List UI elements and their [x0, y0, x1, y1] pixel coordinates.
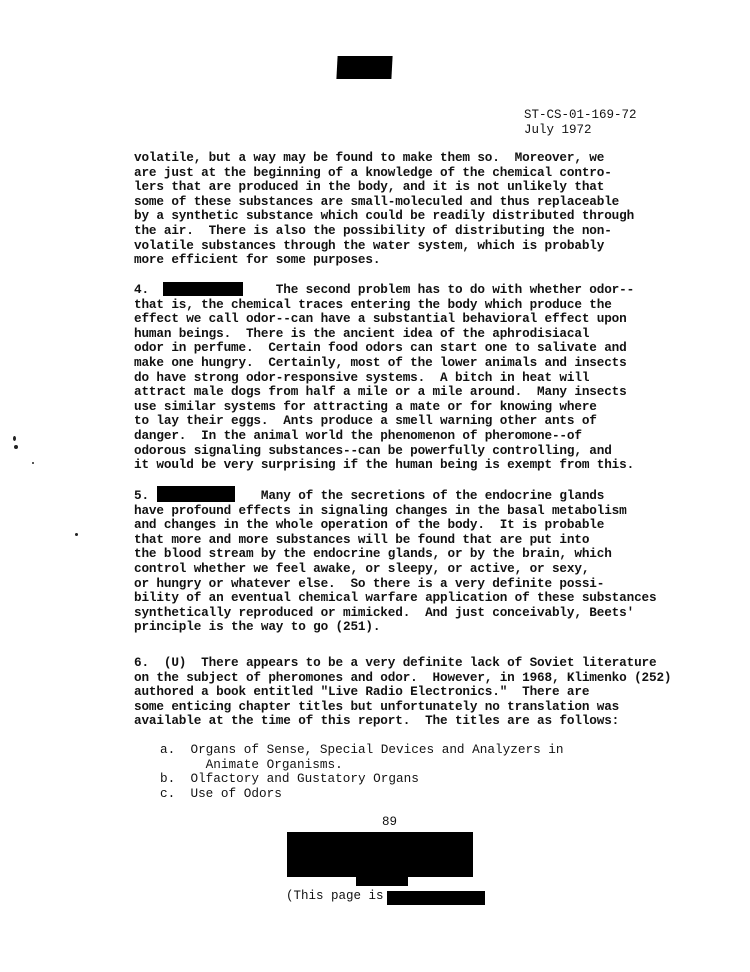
chapter-title-list: a. Organs of Sense, Special Devices and … — [160, 743, 564, 801]
text-line: synthetically reproduced or mimicked. An… — [134, 606, 656, 621]
text-line: 6. (U) There appears to be a very defini… — [134, 656, 671, 671]
paragraph-4-redaction — [163, 282, 243, 296]
text-line: do have strong odor-responsive systems. … — [134, 371, 634, 386]
scan-speck — [32, 462, 34, 464]
text-line: principle is the way to go (251). — [134, 620, 656, 635]
text-line: the air. There is also the possibility o… — [134, 224, 634, 239]
chapter-title-item: a. Organs of Sense, Special Devices and … — [160, 743, 564, 758]
document-id: ST-CS-01-169-72 — [524, 108, 637, 123]
text-line: to lay their eggs. Ants produce a smell … — [134, 414, 634, 429]
text-line: control whether we feel awake, or sleepy… — [134, 562, 656, 577]
text-line: more efficient for some purposes. — [134, 253, 634, 268]
text-line: it would be very surprising if the human… — [134, 458, 634, 473]
text-line: volatile, but a way may be found to make… — [134, 151, 634, 166]
text-line: on the subject of pheromones and odor. H… — [134, 671, 671, 686]
text-line: lers that are produced in the body, and … — [134, 180, 634, 195]
text-line: and changes in the whole operation of th… — [134, 518, 656, 533]
text-line: that is, the chemical traces entering th… — [134, 298, 634, 313]
text-line: bility of an eventual chemical warfare a… — [134, 591, 656, 606]
text-line: authored a book entitled "Live Radio Ele… — [134, 685, 671, 700]
text-line: or hungry or whatever else. So there is … — [134, 577, 656, 592]
text-line: the blood stream by the endocrine glands… — [134, 547, 656, 562]
bottom-classification-redaction — [287, 832, 473, 877]
text-line: are just at the beginning of a knowledge… — [134, 166, 634, 181]
text-line: by a synthetic substance which could be … — [134, 209, 634, 224]
footer-classification-line: (This page is — [286, 889, 384, 903]
text-line: danger. In the animal world the phenomen… — [134, 429, 634, 444]
paragraph-5-redaction — [157, 486, 235, 502]
text-line: make one hungry. Certainly, most of the … — [134, 356, 634, 371]
document-header: ST-CS-01-169-72 July 1972 — [524, 108, 637, 138]
paragraph-continuation: volatile, but a way may be found to make… — [134, 151, 634, 268]
text-line: effect we call odor--can have a substant… — [134, 312, 634, 327]
footer-text: (This page is — [286, 889, 384, 903]
text-line: that more and more substances will be fo… — [134, 533, 656, 548]
text-line: human beings. There is the ancient idea … — [134, 327, 634, 342]
paragraph-6: 6. (U) There appears to be a very defini… — [134, 656, 671, 729]
paragraph-5: 5. Many of the secretions of the endocri… — [134, 489, 656, 635]
text-line: volatile substances through the water sy… — [134, 239, 634, 254]
paragraph-4: 4. The second problem has to do with whe… — [134, 283, 634, 473]
text-line: some of these substances are small-molec… — [134, 195, 634, 210]
text-line: attract male dogs from half a mile or a … — [134, 385, 634, 400]
text-line: available at the time of this report. Th… — [134, 714, 671, 729]
chapter-title-item: Animate Organisms. — [160, 758, 564, 773]
chapter-title-item: c. Use of Odors — [160, 787, 564, 802]
text-line: have profound effects in signaling chang… — [134, 504, 656, 519]
bottom-classification-redaction-tab — [356, 874, 408, 886]
footer-classification-redaction — [387, 891, 485, 905]
scan-speck — [13, 436, 16, 441]
scan-speck — [14, 445, 18, 449]
text-line: some enticing chapter titles but unfortu… — [134, 700, 671, 715]
scan-speck — [75, 533, 78, 536]
page-number: 89 — [382, 815, 397, 829]
top-classification-redaction — [336, 56, 392, 79]
chapter-title-item: b. Olfactory and Gustatory Organs — [160, 772, 564, 787]
text-line: odorous signaling substances--can be pow… — [134, 444, 634, 459]
document-date: July 1972 — [524, 123, 637, 138]
text-line: odor in perfume. Certain food odors can … — [134, 341, 634, 356]
text-line: use similar systems for attracting a mat… — [134, 400, 634, 415]
